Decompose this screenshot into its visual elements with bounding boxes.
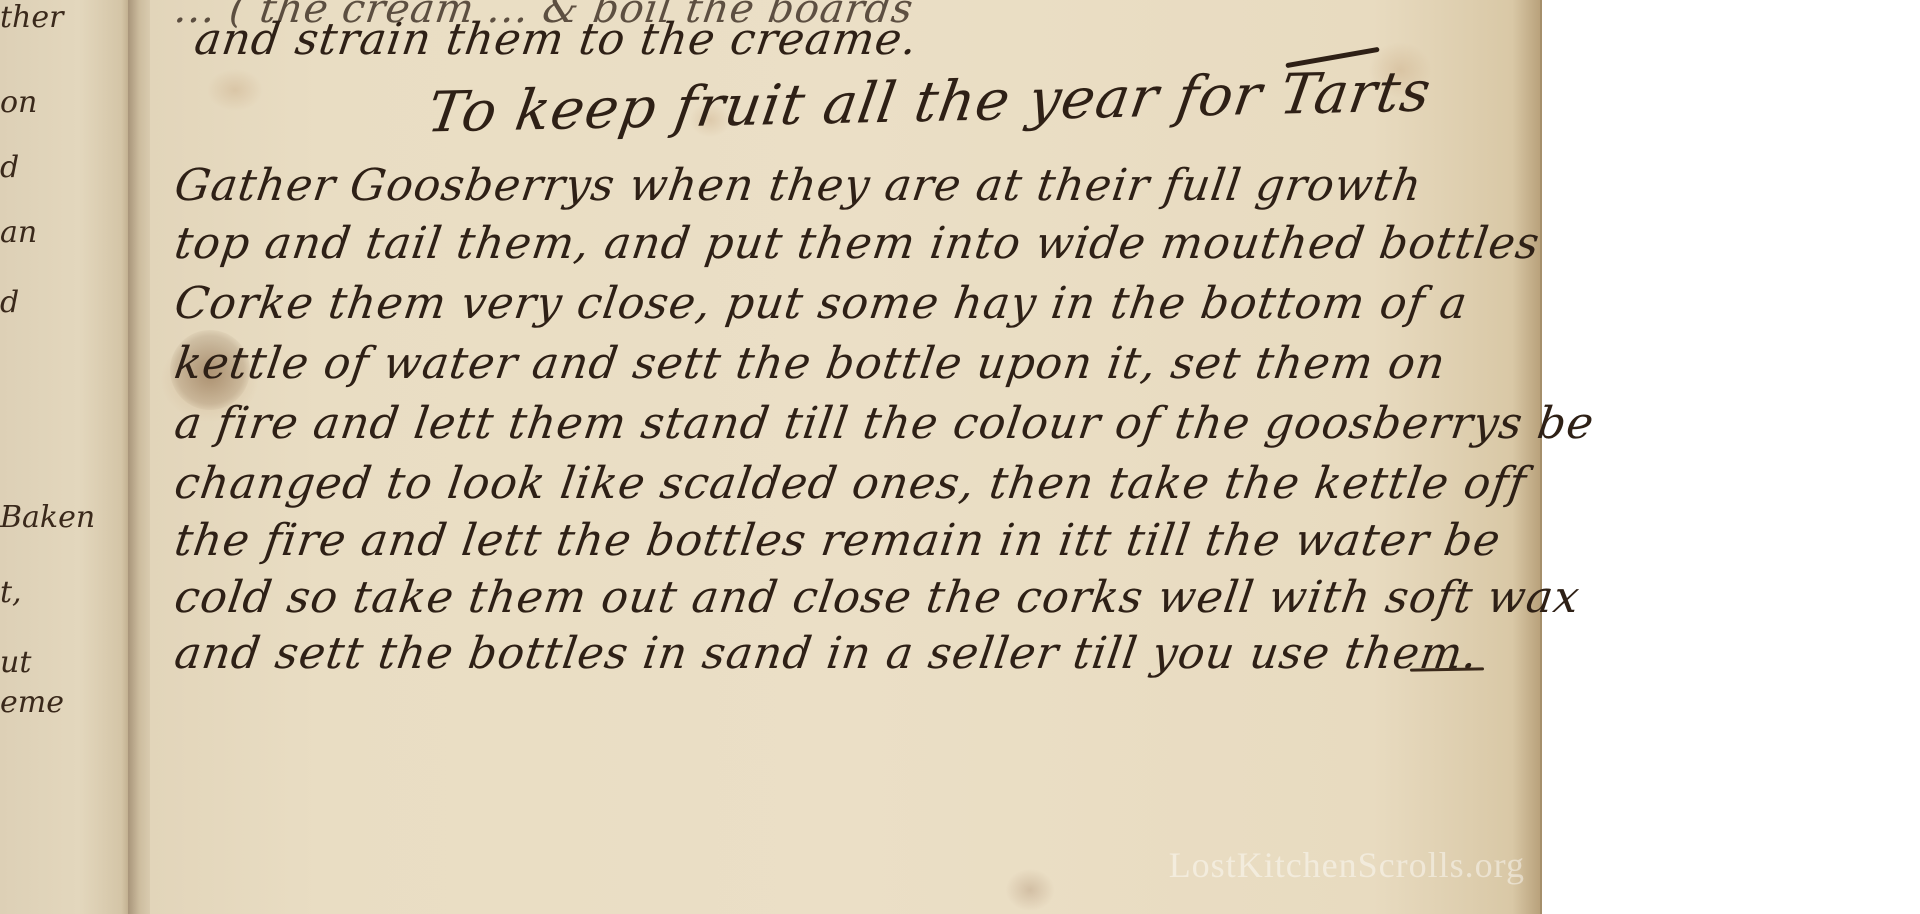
- body-line: changed to look like scalded ones, then …: [171, 458, 1529, 509]
- body-line: top and tail them, and put them into wid…: [171, 218, 1543, 269]
- left-fragment: ut: [0, 645, 31, 680]
- left-neighbor-page: ther on d an d Baken t, ut eme: [0, 0, 132, 914]
- watermark: LostKitchenScrolls.org: [1169, 844, 1525, 886]
- left-fragment: d: [0, 150, 19, 185]
- left-fragment: ther: [0, 0, 63, 35]
- left-fragment: Baken: [0, 500, 95, 535]
- left-fragment: eme: [0, 685, 64, 720]
- body-line: and sett the bottles in sand in a seller…: [171, 628, 1481, 679]
- manuscript-scan: ther on d an d Baken t, ut eme ... ( the…: [0, 0, 1920, 914]
- manuscript-page: [150, 0, 1542, 914]
- left-fragment: an: [0, 215, 37, 250]
- body-line: kettle of water and sett the bottle upon…: [171, 338, 1449, 389]
- left-fragment: t,: [0, 575, 22, 610]
- left-fragment: on: [0, 85, 37, 120]
- body-line: cold so take them out and close the cork…: [171, 572, 1583, 623]
- body-line: Corke them very close, put some hay in t…: [171, 278, 1470, 329]
- body-line: the fire and lett the bottles remain in …: [171, 515, 1504, 566]
- left-fragment: d: [0, 285, 19, 320]
- body-line: a fire and lett them stand till the colo…: [171, 398, 1597, 449]
- preceding-line: and strain them to the creame.: [191, 14, 920, 65]
- body-line: Gather Goosberrys when they are at their…: [171, 160, 1425, 211]
